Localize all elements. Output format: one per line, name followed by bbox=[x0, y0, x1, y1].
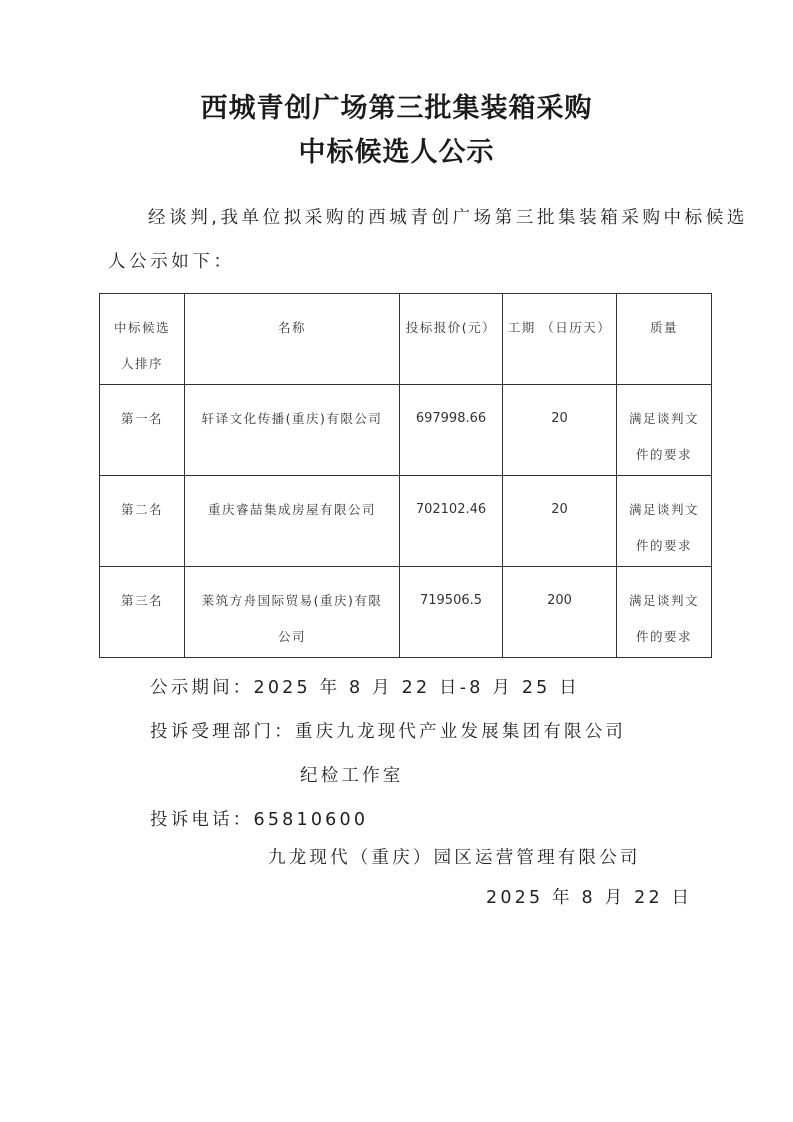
header-name: 名称 bbox=[185, 294, 399, 339]
work-period: 20 bbox=[503, 385, 616, 430]
bid-price: 702102.46 bbox=[400, 476, 502, 521]
bid-price: 719506.5 bbox=[400, 567, 502, 612]
company-name-l2: 公司 bbox=[185, 612, 399, 657]
header-rank-l1: 中标候选 bbox=[100, 294, 184, 339]
company-name-l1: 莱筑方舟国际贸易(重庆)有限 bbox=[185, 567, 399, 612]
quality-l1: 满足谈判文 bbox=[617, 385, 711, 430]
table-row: 第二名 重庆睿喆集成房屋有限公司 702102.46 20 满足谈判文 件的要求 bbox=[100, 476, 712, 567]
header-quality: 质量 bbox=[617, 294, 711, 339]
rank: 第一名 bbox=[100, 385, 184, 430]
notice-period: 公示期间：2025 年 8 月 22 日-8 月 25 日 bbox=[150, 674, 580, 699]
header-period: 工期 （日历天） bbox=[503, 294, 616, 339]
table-row: 第一名 轩译文化传播(重庆)有限公司 697998.66 20 满足谈判文 件的… bbox=[100, 385, 712, 476]
table-header-row: 中标候选 人排序 名称 投标报价(元） 工期 （日历天） 质量 bbox=[100, 294, 712, 385]
quality-l2: 件的要求 bbox=[617, 612, 711, 657]
signature-date: 2025 年 8 月 22 日 bbox=[486, 884, 692, 909]
work-period: 200 bbox=[503, 567, 616, 612]
intro-line2: 人公示如下： bbox=[108, 248, 235, 273]
rank: 第三名 bbox=[100, 567, 184, 612]
header-rank-l2: 人排序 bbox=[100, 339, 184, 384]
table-row: 第三名 莱筑方舟国际贸易(重庆)有限 公司 719506.5 200 满足谈判文… bbox=[100, 567, 712, 658]
intro-line1: 经谈判,我单位拟采购的西城青创广场第三批集装箱采购中标候选 bbox=[148, 204, 748, 229]
quality-l1: 满足谈判文 bbox=[617, 567, 711, 612]
quality-l1: 满足谈判文 bbox=[617, 476, 711, 521]
signature-org: 九龙现代（重庆）园区运营管理有限公司 bbox=[268, 844, 641, 869]
work-period: 20 bbox=[503, 476, 616, 521]
document-title-line2: 中标候选人公示 bbox=[0, 130, 793, 169]
complaint-dept-line1: 投诉受理部门：重庆九龙现代产业发展集团有限公司 bbox=[150, 718, 626, 743]
header-price: 投标报价(元） bbox=[400, 294, 502, 339]
quality-l2: 件的要求 bbox=[617, 521, 711, 566]
rank: 第二名 bbox=[100, 476, 184, 521]
document-title-line1: 西城青创广场第三批集装箱采购 bbox=[0, 86, 793, 125]
bid-price: 697998.66 bbox=[400, 385, 502, 430]
complaint-phone: 投诉电话：65810600 bbox=[150, 806, 368, 831]
quality-l2: 件的要求 bbox=[617, 430, 711, 475]
company-name: 重庆睿喆集成房屋有限公司 bbox=[185, 476, 399, 521]
candidates-table: 中标候选 人排序 名称 投标报价(元） 工期 （日历天） 质量 第一名 轩译文化… bbox=[99, 293, 712, 658]
complaint-dept-line2: 纪检工作室 bbox=[300, 762, 404, 787]
company-name: 轩译文化传播(重庆)有限公司 bbox=[185, 385, 399, 430]
